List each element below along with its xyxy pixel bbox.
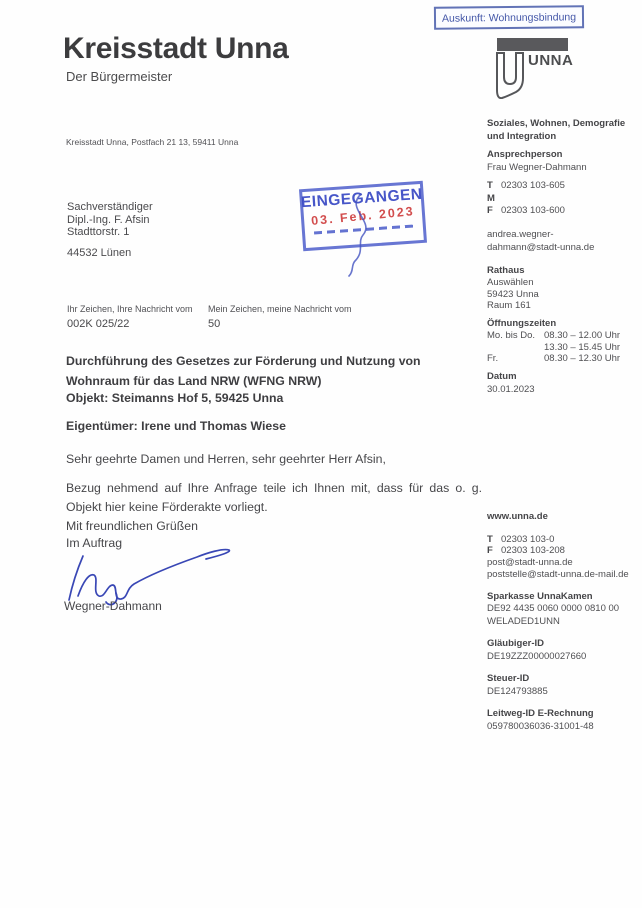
phone2-row: T 02303 103-0 <box>487 534 639 546</box>
handwritten-signature <box>56 544 246 606</box>
rathaus-label: Rathaus <box>487 265 639 278</box>
fax2-row: F 02303 103-208 <box>487 545 639 557</box>
closing-phrase: Mit freundlichen Grüßen <box>66 519 198 533</box>
tax-id-value: DE124793885 <box>487 686 639 699</box>
subject-object: Objekt: Steimanns Hof 5, 59425 Unna <box>66 391 283 405</box>
your-reference-value: 002K 025/22 <box>67 318 129 330</box>
letterhead-subtitle: Der Bürgermeister <box>66 69 172 84</box>
creditor-id-value: DE19ZZZ00000027660 <box>487 651 639 664</box>
sender-return-address: Kreisstadt Unna, Postfach 21 13, 59411 U… <box>66 137 238 147</box>
body-paragraph: Bezug nehmend auf Ihre Anfrage teile ich… <box>66 479 482 517</box>
opening-hours-label: Öffnungszeiten <box>487 318 639 331</box>
department-name: Soziales, Wohnen, Demografie und Integra… <box>487 118 639 143</box>
auskunft-label: Auskunft: Wohnungsbindung <box>442 11 576 24</box>
our-reference-value: 50 <box>208 318 220 330</box>
letter-date: 30.01.2023 <box>487 384 639 397</box>
sidebar-contact-block: Soziales, Wohnen, Demografie und Integra… <box>487 118 639 396</box>
rathaus-address: Auswählen 59423 Unna Raum 161 <box>487 277 639 312</box>
signer-name: Wegner-Dahmann <box>64 599 162 613</box>
email-general: post@stadt-unna.de <box>487 557 639 569</box>
leitweg-id-value: 059780036036-31001-48 <box>487 721 639 734</box>
website: www.unna.de <box>487 511 639 524</box>
email-poststelle: poststelle@stadt-unna.de-mail.de <box>487 569 639 581</box>
creditor-id-label: Gläubiger-ID <box>487 638 639 651</box>
mobile-row: M <box>487 193 639 206</box>
opening-hours: Mo. bis Do. 08.30 – 12.00 Uhr 13.30 – 15… <box>487 330 639 365</box>
recipient-line: Stadttorstr. 1 <box>67 226 153 239</box>
salutation: Sehr geehrte Damen und Herren, sehr geeh… <box>66 452 386 466</box>
bank-iban: DE92 4435 0060 0000 0810 00 <box>487 603 639 616</box>
recipient-address: Sachverständiger Dipl.-Ing. F. Afsin Sta… <box>67 201 153 259</box>
phone-row: T 02303 103-605 <box>487 180 639 193</box>
unna-logo-text: UNNA <box>528 52 573 69</box>
leitweg-id-label: Leitweg-ID E-Rechnung <box>487 708 639 721</box>
contact-person-name: Frau Wegner-Dahmann <box>487 162 639 175</box>
tax-id-label: Steuer-ID <box>487 673 639 686</box>
unna-logo-bar <box>497 38 568 51</box>
scanned-letter-page: Auskunft: Wohnungsbindung Kreisstadt Unn… <box>0 0 642 908</box>
unna-logo-u-icon <box>494 52 526 99</box>
recipient-city: 44532 Lünen <box>67 247 153 260</box>
contact-person-label: Ansprechperson <box>487 149 639 162</box>
auskunft-box: Auskunft: Wohnungsbindung <box>434 5 584 30</box>
bank-name: Sparkasse UnnaKamen <box>487 591 639 604</box>
sidebar-footer-block: www.unna.de T 02303 103-0 F 02303 103-20… <box>487 511 639 733</box>
your-reference-label: Ihr Zeichen, Ihre Nachricht vom <box>67 304 193 314</box>
recipient-line: Dipl.-Ing. F. Afsin <box>67 214 153 227</box>
our-reference-label: Mein Zeichen, meine Nachricht vom <box>208 304 352 314</box>
contact-email: andrea.wegner- dahmann@stadt-unna.de <box>487 228 639 255</box>
letterhead-title: Kreisstadt Unna <box>63 33 289 65</box>
fax-row: F 02303 103-600 <box>487 205 639 218</box>
recipient-line: Sachverständiger <box>67 201 153 214</box>
date-label: Datum <box>487 371 639 384</box>
subject-line: Durchführung des Gesetzes zur Förderung … <box>66 352 484 391</box>
stamp-pen-mark <box>331 191 386 279</box>
bank-bic: WELADED1UNN <box>487 616 639 629</box>
subject-owner: Eigentümer: Irene und Thomas Wiese <box>66 419 286 433</box>
